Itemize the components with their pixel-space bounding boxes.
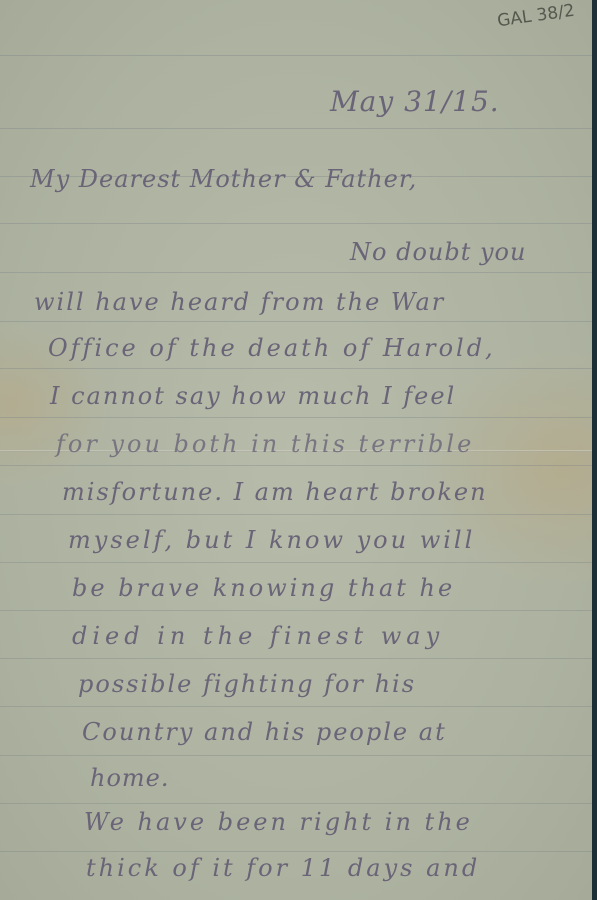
letter-line: myself, but I know you will [68, 526, 475, 554]
ruled-line [0, 851, 592, 852]
letter-date: May 31/15. [330, 85, 500, 118]
ruled-line [0, 706, 592, 707]
ruled-line [0, 368, 592, 369]
salutation: My Dearest Mother & Father, [30, 165, 417, 193]
page-edge-shadow [592, 70, 597, 900]
letter-line: misfortune. I am heart broken [62, 478, 488, 506]
ruled-line [0, 55, 592, 56]
ruled-line [0, 514, 592, 515]
letter-line: Country and his people at [82, 718, 447, 746]
ruled-line [0, 562, 592, 563]
catalog-mark: GAL 38/2 [496, 1, 576, 32]
letter-line: Office of the death of Harold, [48, 334, 496, 362]
letter-line: possible fighting for his [78, 670, 416, 698]
ruled-line [0, 321, 592, 322]
letter-line: be brave knowing that he [72, 574, 455, 602]
letter-line: home. [90, 764, 170, 792]
ruled-line [0, 658, 592, 659]
ruled-line [0, 755, 592, 756]
ruled-line [0, 272, 592, 273]
ruled-line [0, 223, 592, 224]
letter-line: I cannot say how much I feel [50, 382, 456, 410]
ruled-line [0, 803, 592, 804]
ruled-line [0, 610, 592, 611]
letter-line: died in the finest way [72, 622, 444, 650]
letter-line: We have been right in the [84, 808, 473, 836]
letter-line: No doubt you [350, 238, 526, 266]
ruled-line [0, 465, 592, 466]
letter-line: thick of it for 11 days and [86, 854, 480, 882]
ruled-line [0, 417, 592, 418]
letter-page: GAL 38/2 May 31/15. My Dearest Mother & … [0, 0, 592, 900]
ruled-line [0, 128, 592, 129]
letter-line: will have heard from the War [34, 288, 445, 316]
letter-line: for you both in this terrible [56, 430, 474, 458]
